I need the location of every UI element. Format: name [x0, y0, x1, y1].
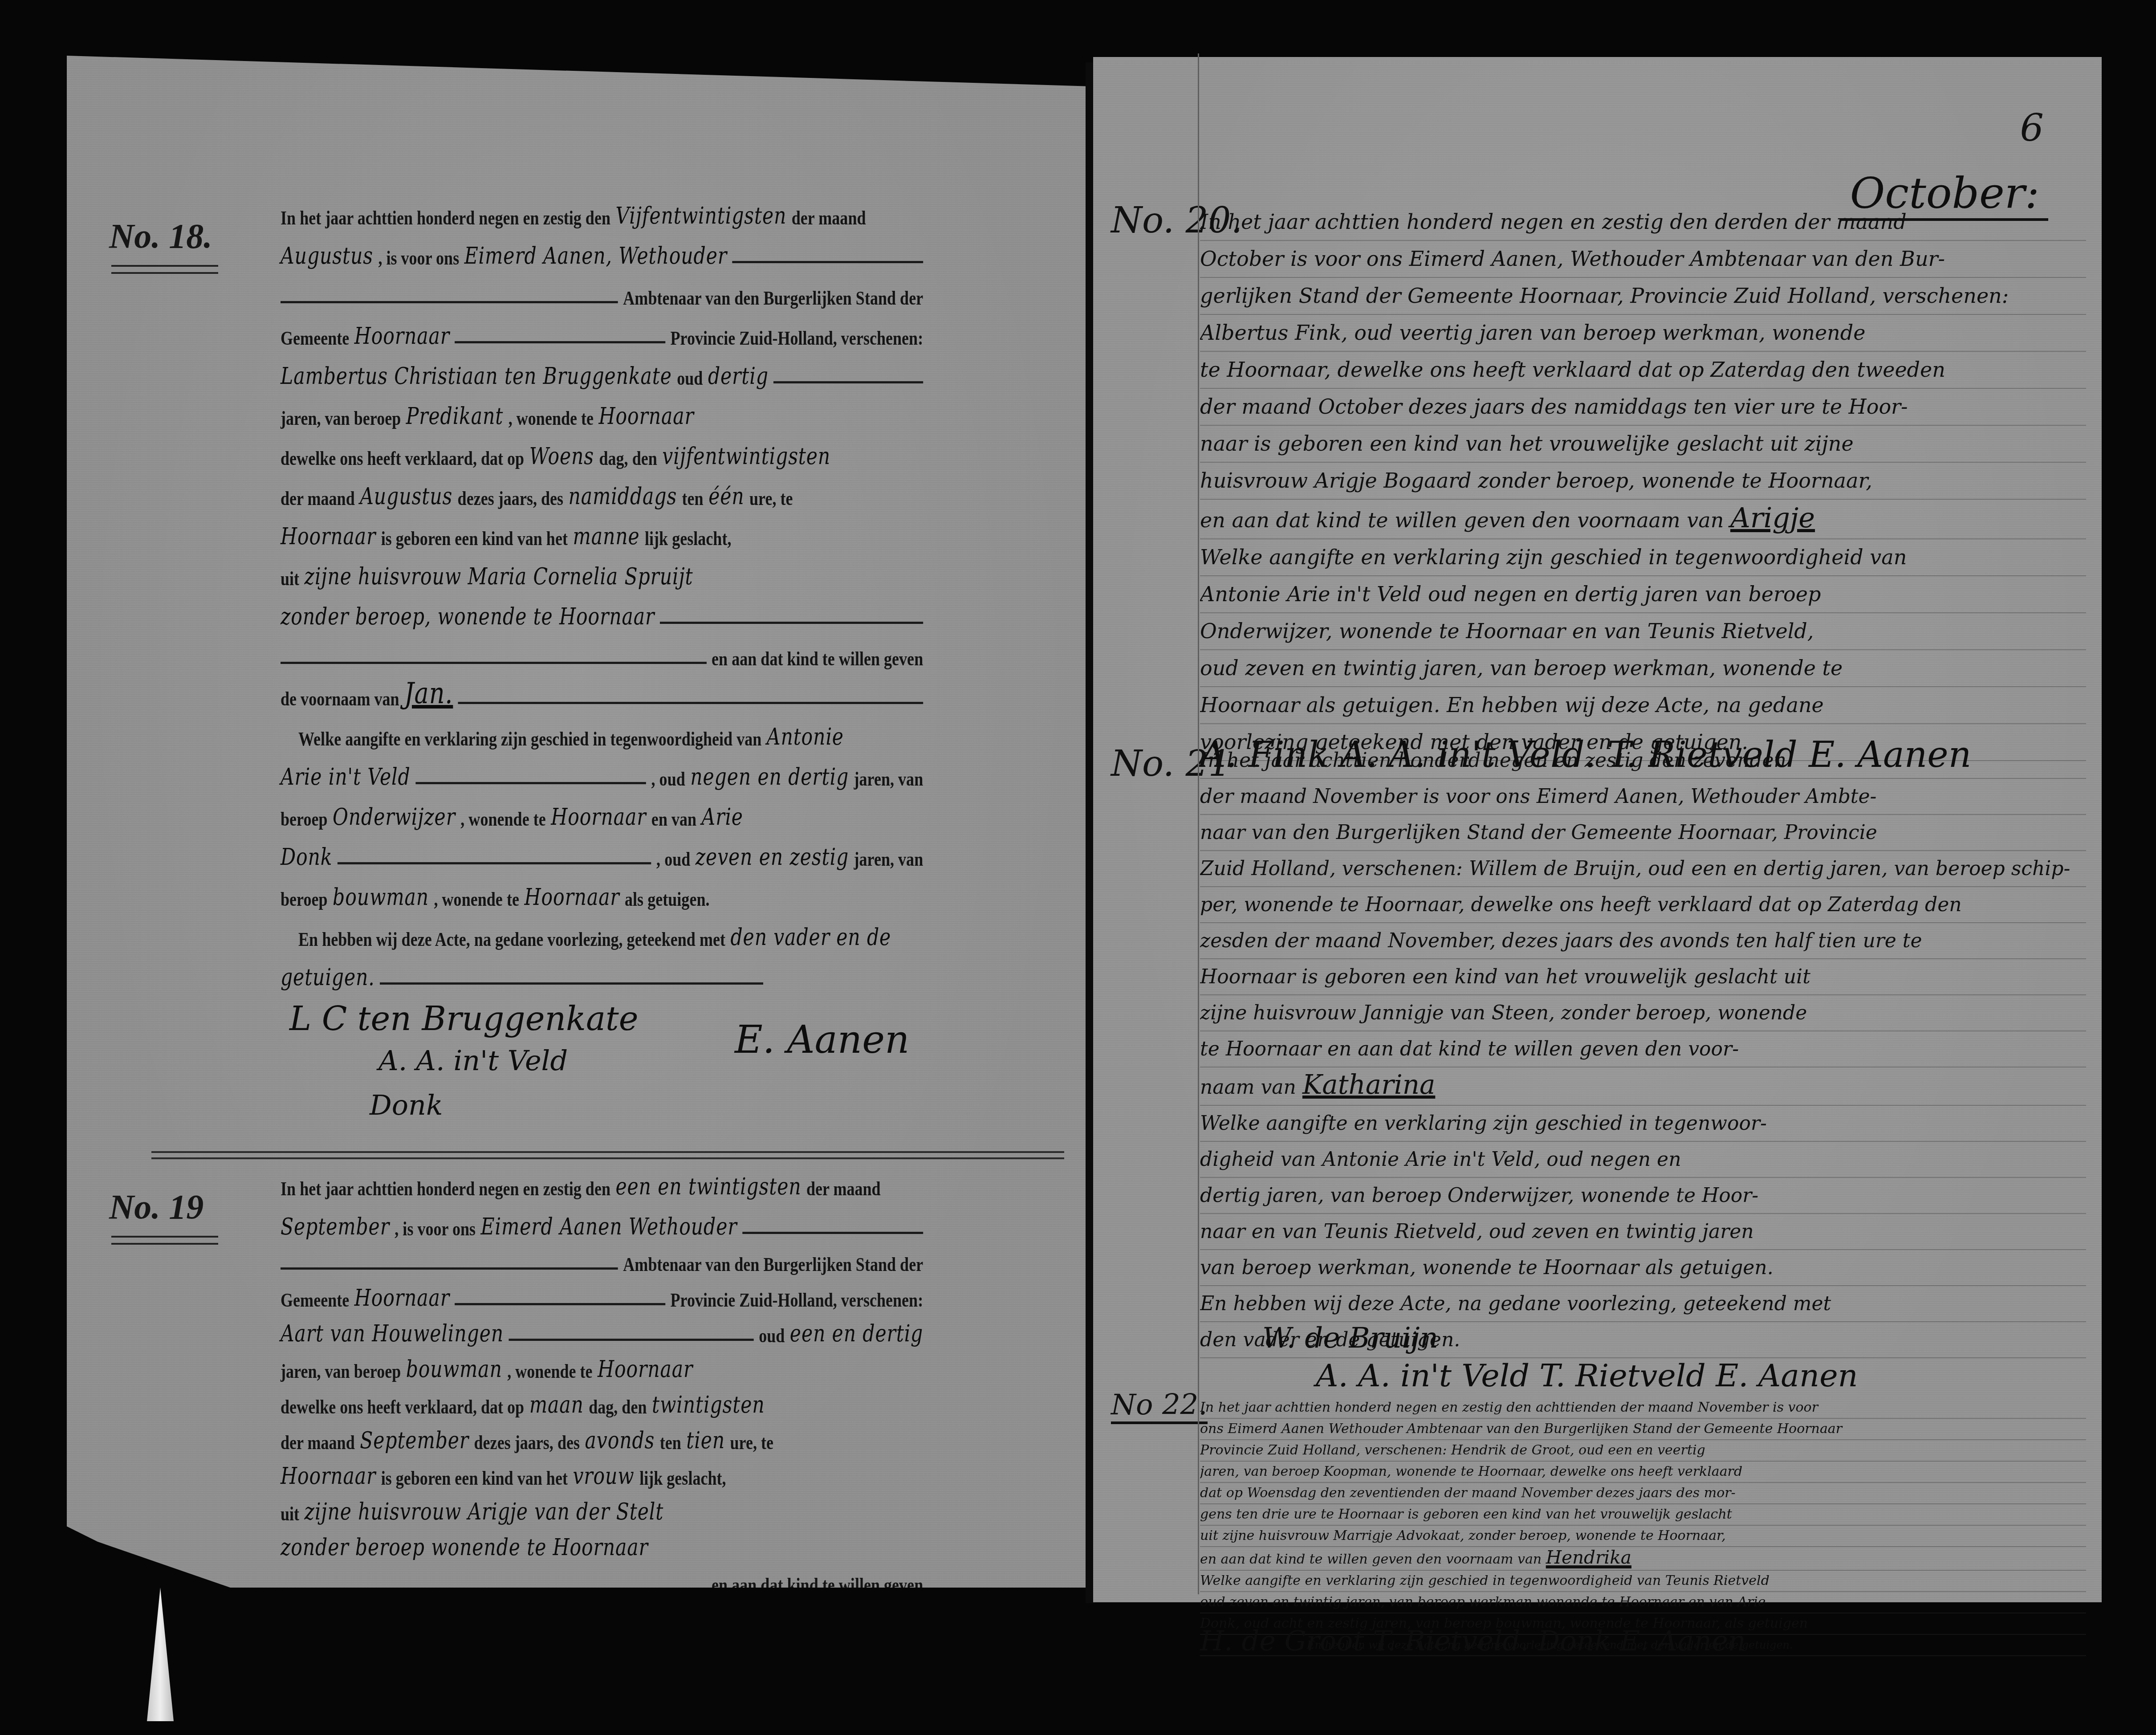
handwritten-hour: één: [708, 483, 744, 510]
handwritten-witness-2-residence: Hoornaar: [524, 884, 619, 911]
handwritten-witness-1-residence: Hoornaar: [551, 804, 646, 831]
handwritten-birth-date: twintigsten: [652, 1392, 765, 1418]
handwritten-sex: vrouw: [573, 1463, 634, 1490]
signature-official: E. Aanen: [735, 1018, 910, 1062]
fill-rule: [281, 662, 707, 664]
handwritten-age: een en dertig: [790, 1320, 923, 1347]
form-line: En hebben wij deze Acte, na gedane voorl…: [298, 915, 941, 951]
handwritten-witness-2-occupation: bouwman: [333, 884, 429, 911]
signature-witness-2: Donk: [370, 1089, 443, 1121]
printed-text: jaren, van: [854, 848, 923, 871]
printed-text: oud: [677, 367, 703, 390]
entry-number-22: No 22.: [1111, 1389, 1208, 1424]
printed-text: Ambtenaar van den Burgerlijken Stand der: [623, 287, 923, 310]
fill-rule: [338, 862, 651, 864]
handwritten-residence: Hoornaar: [599, 403, 694, 430]
handwritten-birth-month: Augustus: [360, 483, 452, 510]
handwritten-witness-2-surname: Donk: [281, 844, 332, 871]
handwritten-declarant-name: Aart van Houwelingen: [281, 1320, 504, 1347]
form-line: Gemeente Hoornaar Provincie Zuid-Holland…: [281, 1276, 923, 1311]
handwritten-age: dertig: [708, 363, 769, 390]
form-line: zonder beroep wonende te Hoornaar: [281, 1525, 923, 1561]
child-name: Hendrika: [1546, 1547, 1631, 1568]
form-line: Lambertus Christiaan ten Bruggenkate oud…: [281, 354, 923, 390]
right-page: 6 October: No. 20. In het jaar achttien …: [1093, 57, 2102, 1602]
printed-text: lijk geslacht,: [639, 1467, 726, 1490]
printed-text: ure, te: [749, 487, 793, 510]
birth-entry-21: In het jaar achttien honderd negen en ze…: [1200, 743, 2086, 1358]
form-line: der maand Augustus dezes jaars, des nami…: [281, 474, 923, 510]
form-line: de voornaam van Jan.: [281, 675, 923, 710]
entry-line: van beroep werkman, wonende te Hoornaar …: [1200, 1250, 2086, 1286]
fill-rule: [455, 1303, 665, 1305]
handwritten-birth-place: Hoornaar: [281, 523, 376, 550]
entry-line: naar van den Burgerlijken Stand der Geme…: [1200, 815, 2086, 851]
printed-text: en aan dat kind te willen geven: [712, 1574, 923, 1597]
entry-line: te Hoornaar, dewelke ons heeft verklaard…: [1200, 352, 2086, 389]
handwritten-official: Eimerd Aanen Wethouder: [481, 1214, 737, 1240]
entry-line: gerlijken Stand der Gemeente Hoornaar, P…: [1200, 278, 2086, 315]
birth-entry-22: In het jaar achttien honderd negen en ze…: [1200, 1397, 2086, 1656]
handwritten-declarant-name: Lambertus Christiaan ten Bruggenkate: [281, 363, 672, 390]
printed-text: , is voor ons: [395, 1218, 476, 1240]
fill-rule: [281, 1588, 707, 1590]
handwritten-signed-with: den vader en de: [730, 924, 891, 951]
page-number: 6: [2020, 106, 2044, 150]
handwritten-official: Eimerd Aanen, Wethouder: [464, 243, 727, 269]
form-line: Arie in't Veld , oud negen en dertig jar…: [281, 755, 923, 790]
printed-text: oud: [759, 1324, 785, 1347]
signature-witness-1: A. A. in't Veld: [378, 1044, 568, 1077]
printed-text: dewelke ons heeft verklaard, dat op: [281, 1396, 524, 1418]
handwritten-mother: zijne huisvrouw Arigje van der Stelt: [305, 1499, 664, 1525]
printed-text: En hebben wij deze Acte, na gedane voorl…: [298, 928, 725, 951]
printed-text: ten: [660, 1431, 681, 1454]
form-line: Aart van Houwelingen oud een en dertig: [281, 1311, 923, 1347]
handwritten-mother: zijne huisvrouw Maria Cornelia Spruijt: [305, 563, 693, 590]
form-line: jaren, van beroep bouwman , wonende te H…: [281, 1347, 923, 1383]
handwritten-occupation: Predikant: [406, 403, 503, 430]
form-line: en aan dat kind te willen geven: [281, 1561, 923, 1597]
printed-text: Provincie Zuid-Holland, verschenen:: [671, 327, 923, 350]
entry-line: In het jaar achttien honderd negen en ze…: [1200, 204, 2086, 241]
entry-line: der maand November is voor ons Eimerd Aa…: [1200, 779, 2086, 815]
entry-line: en aan dat kind te willen geven den voor…: [1200, 500, 2086, 539]
fill-rule: [458, 702, 923, 704]
fill-rule: [732, 261, 923, 263]
right-page-margin-rule: [1198, 53, 1199, 1594]
handwritten-witness-2-age: zeven en zestig: [696, 844, 849, 871]
printed-text: uit: [281, 567, 299, 590]
printed-text: , wonende te: [507, 1360, 592, 1383]
printed-text: , wonende te: [508, 407, 594, 430]
birth-entry-20: In het jaar achttien honderd negen en ze…: [1200, 204, 2086, 761]
entry-line: der maand October dezes jaars des namidd…: [1200, 389, 2086, 426]
entry-line: Provincie Zuid Holland, verschenen: Hend…: [1200, 1440, 2086, 1462]
printed-text: dewelke ons heeft verklaard, dat op: [281, 447, 524, 470]
fill-rule: [380, 982, 763, 985]
entry-line: In het jaar achttien honderd negen en ze…: [1200, 743, 2086, 779]
form-line: Welke aangifte en verklaring zijn geschi…: [298, 715, 941, 750]
entry-line: ons Eimerd Aanen Wethouder Ambtenaar van…: [1200, 1419, 2086, 1440]
entry-line: jaren, van beroep Koopman, wonende te Ho…: [1200, 1462, 2086, 1483]
handwritten-hour: tien: [686, 1427, 725, 1454]
handwritten-sex: manne: [573, 523, 639, 550]
entry-line: oud zeven en twintig jaren, van beroep w…: [1200, 650, 2086, 687]
entry-line: Welke aangifte en verklaring zijn geschi…: [1200, 1106, 2086, 1142]
printed-text: Gemeente: [281, 1289, 349, 1311]
handwritten-witness-1-occupation: Onderwijzer: [333, 804, 456, 831]
printed-text: de voornaam van: [281, 688, 399, 710]
form-line: Donk , oud zeven en zestig jaren, van: [281, 835, 923, 871]
form-line: September , is voor ons Eimerd Aanen Wet…: [281, 1205, 923, 1240]
handwritten-witness-1: Antonie: [767, 724, 844, 750]
entry-number: No. 18.: [109, 216, 212, 256]
printed-text: Ambtenaar van den Burgerlijken Stand der: [623, 1253, 923, 1276]
printed-text: der maand: [281, 1431, 355, 1454]
entry-line: Hoornaar als getuigen. En hebben wij dez…: [1200, 687, 2086, 724]
entry-line-text: naam van: [1200, 1076, 1296, 1099]
entry-number-rule: [111, 1236, 218, 1245]
handwritten-occupation: bouwman: [406, 1356, 502, 1383]
entry-line: zijne huisvrouw Jannigje van Steen, zond…: [1200, 995, 2086, 1031]
printed-text: , oud: [656, 848, 690, 871]
form-line: beroep Onderwijzer , wonende te Hoornaar…: [281, 795, 923, 831]
fill-rule: [773, 381, 923, 383]
entry-line: October is voor ons Eimerd Aanen, Wethou…: [1200, 241, 2086, 278]
entry-line: Albertus Fink, oud veertig jaren van ber…: [1200, 315, 2086, 352]
signature-father: L C ten Bruggenkate: [289, 1000, 639, 1038]
handwritten-weekday: maan: [529, 1392, 584, 1418]
entry-line: Welke aangifte en verklaring zijn geschi…: [1200, 539, 2086, 576]
entry-line: uit zijne huisvrouw Marrigje Advokaat, z…: [1200, 1526, 2086, 1547]
printed-text: beroep: [281, 888, 328, 911]
printed-text: dag, den: [589, 1396, 647, 1418]
entry-line: te Hoornaar en aan dat kind te willen ge…: [1200, 1031, 2086, 1067]
printed-text: der maand: [281, 487, 355, 510]
printed-text: der maand: [806, 1177, 881, 1200]
form-line: jaren, van beroep Predikant , wonende te…: [281, 394, 923, 430]
printed-text: lijk geslacht,: [645, 527, 731, 550]
printed-text: , oud: [651, 768, 685, 790]
form-line: Gemeente Hoornaar Provincie Zuid-Holland…: [281, 314, 923, 350]
entry-line: gens ten drie ure te Hoornaar is geboren…: [1200, 1504, 2086, 1526]
entry-line: oud zeven en twintig jaren, van beroep w…: [1200, 1592, 2086, 1613]
form-line: der maand September dezes jaars, des avo…: [281, 1418, 923, 1454]
printed-text: , is voor ons: [378, 247, 459, 269]
form-line: Ambtenaar van den Burgerlijken Stand der: [281, 274, 923, 310]
signature-father-entry-21: W. de Bruijn: [1262, 1322, 1438, 1355]
form-line: Hoornaar is geboren een kind van het vro…: [281, 1454, 923, 1490]
form-line: In het jaar achttien honderd negen en ze…: [281, 1165, 923, 1200]
fill-rule: [415, 782, 646, 784]
printed-text: Welke aangifte en verklaring zijn geschi…: [298, 728, 761, 750]
entry-line: zesden der maand November, dezes jaars d…: [1200, 923, 2086, 959]
form-line: en aan dat kind te willen geven: [281, 635, 923, 670]
handwritten-birth-date: vijfentwintigsten: [662, 443, 830, 470]
fill-rule: [742, 1232, 923, 1234]
fill-rule: [660, 622, 923, 624]
paper-tab: [147, 1588, 174, 1721]
signatures-entry-22: H. de Groot T. Rietveld. Donk E. Aanen: [1200, 1625, 1746, 1657]
handwritten-weekday: Woens: [529, 443, 594, 470]
handwritten-witness-2: Arie: [702, 804, 743, 831]
printed-text: jaren, van: [854, 768, 923, 790]
handwritten-birth-place: Hoornaar: [281, 1463, 376, 1490]
form-line: uit zijne huisvrouw Maria Cornelia Sprui…: [281, 554, 923, 590]
entry-line: naam van Katharina: [1200, 1067, 2086, 1106]
form-line: Ambtenaar van den Burgerlijken Stand der: [281, 1240, 923, 1276]
printed-text: , wonende te: [460, 808, 545, 831]
printed-text: dezes jaars, des: [458, 487, 563, 510]
child-name: Arigje: [1730, 501, 1815, 534]
entry-line: digheid van Antonie Arie in't Veld, oud …: [1200, 1142, 2086, 1178]
entry-line: Onderwijzer, wonende te Hoornaar en van …: [1200, 613, 2086, 650]
entry-line: Welke aangifte en verklaring zijn geschi…: [1200, 1571, 2086, 1592]
signatures-entry-21: A. A. in't Veld T. Rietveld E. Aanen: [1316, 1357, 1858, 1394]
form-line: Hoornaar is geboren een kind van het man…: [281, 514, 923, 550]
fill-rule: [281, 301, 618, 303]
form-line: getuigen.: [281, 955, 923, 991]
handwritten-time-of-day: namiddags: [569, 483, 677, 510]
fill-rule: [455, 341, 665, 343]
entry-line: dertig jaren, van beroep Onderwijzer, wo…: [1200, 1178, 2086, 1214]
printed-text: , wonende te: [434, 888, 519, 911]
entry-line-text: en aan dat kind te willen geven den voor…: [1200, 508, 1724, 532]
fill-rule: [281, 1267, 618, 1270]
printed-text: jaren, van beroep: [281, 1360, 401, 1383]
entry-line: En hebben wij deze Acte, na gedane voorl…: [1200, 1286, 2086, 1322]
handwritten-mother-details: zonder beroep wonende te Hoornaar: [281, 1534, 648, 1561]
fill-rule: [508, 1339, 753, 1341]
handwritten-witness-1-age: negen en dertig: [690, 764, 849, 790]
printed-text: Provincie Zuid-Holland, verschenen:: [671, 1289, 923, 1311]
printed-text: is geboren een kind van het: [381, 1467, 568, 1490]
entry-line: en aan dat kind te willen geven den voor…: [1200, 1547, 2086, 1571]
printed-text: In het jaar achttien honderd negen en ze…: [281, 1177, 610, 1200]
printed-text: uit: [281, 1503, 299, 1525]
child-name: Katharina: [1302, 1070, 1435, 1100]
entry-line: huisvrouw Arigje Bogaard zonder beroep, …: [1200, 463, 2086, 500]
handwritten-witness-1-surname: Arie in't Veld: [281, 764, 411, 790]
printed-text: jaren, van beroep: [281, 407, 401, 430]
entry-line-text: en aan dat kind te willen geven den voor…: [1200, 1552, 1542, 1567]
form-line: dewelke ons heeft verklaard, dat op maan…: [281, 1383, 923, 1418]
handwritten-municipality: Hoornaar: [354, 323, 450, 350]
handwritten-month: September: [281, 1214, 390, 1240]
printed-text: ten: [682, 487, 704, 510]
entry-line: In het jaar achttien honderd negen en ze…: [1200, 1397, 2086, 1419]
left-page: No. 18. In het jaar achttien honderd neg…: [67, 56, 1089, 1588]
form-line: dewelke ons heeft verklaard, dat op Woen…: [281, 434, 923, 470]
handwritten-birth-month: September: [360, 1427, 469, 1454]
form-line: Augustus , is voor ons Eimerd Aanen, Wet…: [281, 234, 923, 269]
handwritten-municipality: Hoornaar: [354, 1285, 450, 1311]
form-line: zonder beroep, wonende te Hoornaar: [281, 595, 923, 630]
entry-line: Zuid Holland, verschenen: Willem de Brui…: [1200, 851, 2086, 887]
handwritten-month: Augustus: [281, 243, 373, 269]
printed-text: dezes jaars, des: [474, 1431, 580, 1454]
entry-line: dat op Woensdag den zeventienden der maa…: [1200, 1483, 2086, 1504]
printed-text: In het jaar achttien honderd negen en ze…: [281, 207, 610, 229]
printed-text: als getuigen.: [625, 888, 709, 911]
form-line: beroep bouwman , wonende te Hoornaar als…: [281, 875, 923, 911]
entry-line: Antonie Arie in't Veld oud negen en dert…: [1200, 576, 2086, 613]
form-line: uit zijne huisvrouw Arigje van der Stelt: [281, 1490, 923, 1525]
printed-text: dag, den: [599, 447, 657, 470]
form-line: In het jaar achttien honderd negen en ze…: [281, 194, 923, 229]
handwritten-time-of-day: avonds: [585, 1427, 655, 1454]
printed-text: en van: [651, 808, 696, 831]
printed-text: der maand: [792, 207, 866, 229]
handwritten-signed-with-cont: getuigen.: [281, 964, 375, 991]
entry-line: per, wonende te Hoornaar, dewelke ons he…: [1200, 887, 2086, 923]
printed-text: beroep: [281, 808, 328, 831]
entry-line: naar en van Teunis Rietveld, oud zeven e…: [1200, 1214, 2086, 1250]
entry-line: Hoornaar is geboren een kind van het vro…: [1200, 959, 2086, 995]
printed-text: ure, te: [730, 1431, 774, 1454]
entry-number-19: No. 19: [109, 1187, 203, 1227]
handwritten-child-name: Jan.: [404, 676, 453, 710]
printed-text: en aan dat kind te willen geven: [712, 648, 923, 670]
handwritten-mother-details: zonder beroep, wonende te Hoornaar: [281, 603, 655, 630]
printed-text: Gemeente: [281, 327, 349, 350]
handwritten-day: Vijfentwintigsten: [615, 203, 786, 229]
entry-line: naar is geboren een kind van het vrouwel…: [1200, 426, 2086, 463]
handwritten-residence: Hoornaar: [598, 1356, 693, 1383]
entry-separator: [151, 1151, 1064, 1159]
handwritten-day: een en twintigsten: [615, 1173, 801, 1200]
entry-number-rule: [111, 265, 218, 274]
printed-text: is geboren een kind van het: [381, 527, 568, 550]
